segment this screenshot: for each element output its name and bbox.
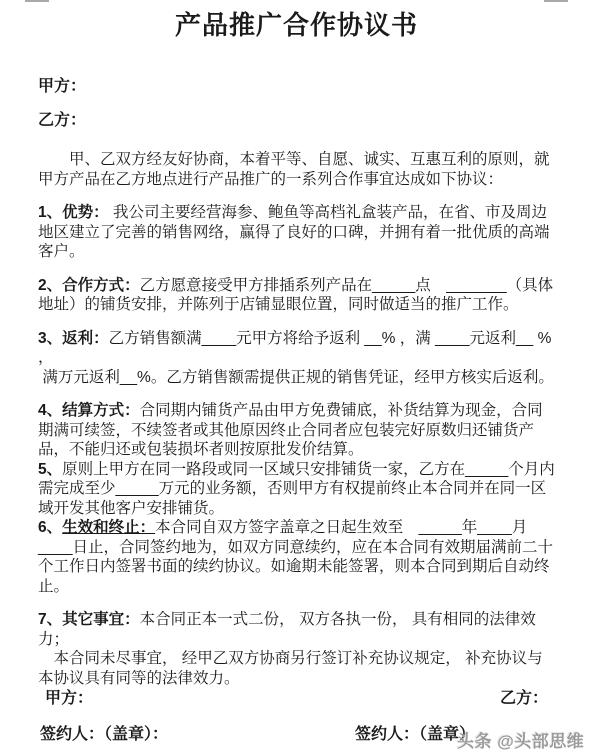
section-5-exclusivity: 5、原则上甲方在同一路段或同一区域只安排铺货一家，乙方在_____个月内需完成至… [38, 460, 555, 519]
section-1-number: 1、 [38, 204, 62, 221]
section-6-effective-termination: 6、生效和终止：本合同自双方签字盖章之日起生效至 _____年____月____… [38, 518, 555, 596]
party-b-label: 乙方： [38, 113, 555, 129]
signature-signer-a-label: 签约人：（盖章）： [40, 726, 168, 743]
section-3-rebate: 3、返利：乙方销售额满____元甲方将给予返利 __% ，满 ____元返利__… [38, 329, 555, 388]
section-3-text: 乙方销售额满____元甲方将给予返利 __% ，满 ____元返利__ % ， … [38, 330, 556, 386]
document-title: 产品推广合作协议书 [0, 0, 593, 41]
section-7-number: 7、 [38, 611, 62, 628]
intro-paragraph: 甲、乙双方经友好协商，本着平等、自愿、诚实、互惠互利的原则，就甲方产品在乙方地点… [38, 150, 555, 189]
party-a-label: 甲方： [38, 79, 555, 95]
page-corner-mark-right [544, 0, 568, 2]
section-4-settlement: 4、结算方式：合同期内铺货产品由甲方免费铺底，补货结算为现金，合同期满可续签，不… [38, 401, 555, 460]
signature-party-b-label: 乙方： [500, 690, 548, 707]
section-6-number: 6、 [38, 519, 62, 536]
document-body: 甲方： 乙方： 甲、乙双方经友好协商，本着平等、自愿、诚实、互惠互利的原则，就甲… [0, 79, 593, 688]
section-2-cooperation-method: 2、合作方式：乙方愿意接受甲方排插系列产品在_____点 _______（具体地… [38, 276, 555, 315]
section-4-heading: 结算方式： [62, 402, 140, 419]
section-1-heading: 优势： [62, 204, 109, 221]
section-7-other-matters: 7、其它事宜：本合同正本一式二份， 双方各执一份， 具有相同的法律效力； 本合同… [38, 610, 555, 688]
section-5-text: 原则上甲方在同一路段或同一区域只安排铺货一家，乙方在_____个月内需完成至少_… [38, 461, 555, 517]
section-5-number: 5、 [38, 461, 62, 478]
section-1-advantage: 1、优势： 我公司主要经营海参、鲍鱼等高档礼盒装产品，在省、市及周边地区建立了完… [38, 203, 555, 262]
section-3-heading: 返利： [62, 330, 109, 347]
section-2-number: 2、 [38, 277, 62, 294]
section-1-text: 我公司主要经营海参、鲍鱼等高档礼盒装产品，在省、市及周边地区建立了完善的销售网络… [38, 204, 550, 260]
party-header: 甲方： 乙方： [38, 79, 555, 129]
document-page: 产品推广合作协议书 甲方： 乙方： 甲、乙双方经友好协商，本着平等、自愿、诚实、… [0, 0, 593, 754]
section-6-heading: 生效和终止： [62, 519, 155, 536]
page-corner-mark-left [25, 0, 49, 2]
signature-party-a-label: 甲方： [45, 690, 93, 707]
toutiao-watermark: 头条 @头部思维 [457, 727, 584, 752]
section-3-number: 3、 [38, 330, 62, 347]
section-2-heading: 合作方式： [62, 277, 140, 294]
section-4-number: 4、 [38, 402, 62, 419]
section-7-heading: 其它事宜： [62, 611, 140, 628]
